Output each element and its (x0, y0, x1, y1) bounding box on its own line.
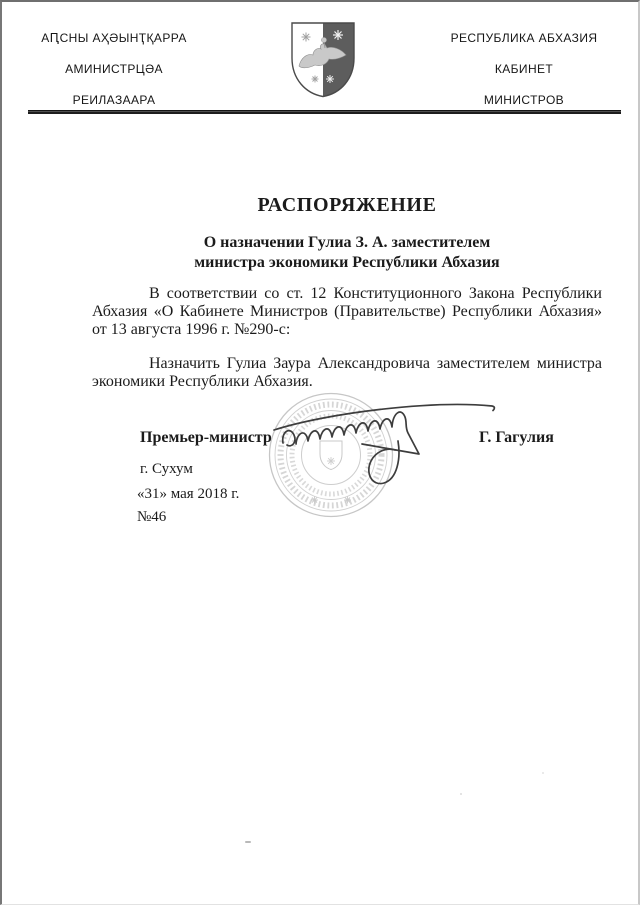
star-top-right (333, 30, 343, 40)
scan-speck (245, 841, 251, 843)
premier-signature-icon (257, 395, 502, 500)
paragraph-line: В соответствии со ст. 12 Конституционног… (92, 285, 602, 303)
coat-of-arms-svg (290, 21, 356, 99)
paragraph-line: от 13 августа 1996 г. №290-с: (92, 321, 602, 339)
paragraph-line: Назначить Гулиа Заура Александровича зам… (92, 355, 602, 373)
header-right-block: РЕСПУБЛИКА АБХАЗИЯ КАБИНЕТ МИНИСТРОВ (440, 23, 608, 116)
paragraph-line: экономики Республики Абхазия. (92, 373, 602, 391)
star-bottom-left (312, 76, 319, 83)
signatory-post-label: Премьер-министр (140, 429, 272, 447)
body-paragraph-1: В соответствии со ст. 12 Конституционног… (92, 285, 602, 340)
paragraph-line: Абхазия «О Кабинете Министров (Правитель… (92, 303, 602, 321)
signatory-name-label: Г. Гагулия (479, 429, 554, 447)
header-right-line-2: КАБИНЕТ (440, 54, 608, 85)
subject-line-1: О назначении Гулиа З. А. заместителем (92, 233, 602, 253)
star-top-left (302, 33, 311, 42)
header-right-line-1: РЕСПУБЛИКА АБХАЗИЯ (440, 23, 608, 54)
scan-speck (542, 772, 544, 774)
issue-place-label: г. Сухум (140, 461, 193, 478)
scanned-decree-page: АԤСНЫ АҲӘЫНҬҚАРРА АМИНИСТРЦӘА РЕИЛАЗААРА (0, 0, 640, 905)
header-left-block: АԤСНЫ АҲӘЫНҬҚАРРА АМИНИСТРЦӘА РЕИЛАЗААРА (30, 23, 198, 116)
subject-line-2: министра экономики Республики Абхазия (92, 253, 602, 273)
scan-speck (460, 793, 462, 795)
document-title: РАСПОРЯЖЕНИЕ (92, 194, 602, 217)
header-left-line-1: АԤСНЫ АҲӘЫНҬҚАРРА (30, 23, 198, 54)
body-paragraph-2: Назначить Гулиа Заура Александровича зам… (92, 355, 602, 391)
header-left-line-2: АМИНИСТРЦӘА (30, 54, 198, 85)
document-subject: О назначении Гулиа З. А. заместителем ми… (92, 233, 602, 272)
coat-of-arms-icon (290, 21, 356, 104)
star-bottom-right (326, 75, 334, 83)
document-number-label: №46 (137, 509, 166, 526)
header-divider-rule (28, 110, 621, 114)
issue-date-label: «31» мая 2018 г. (137, 486, 239, 503)
